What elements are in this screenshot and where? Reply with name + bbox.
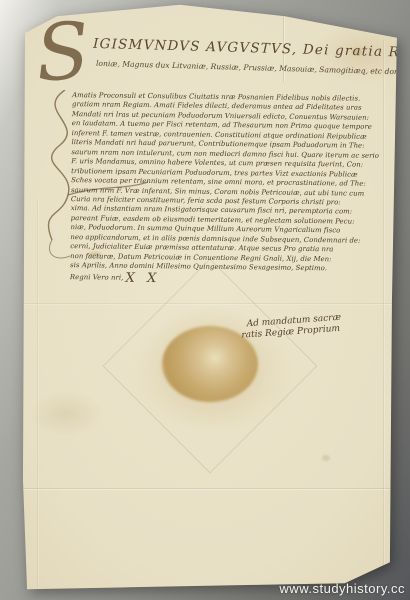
- regnal-year-text: Regni Vero nri,: [70, 273, 124, 282]
- fox-spot: [322, 455, 330, 461]
- photo-backdrop: S IGISMVNDVS AVGVSTVS, Dei gratia Rex Po…: [0, 0, 410, 600]
- body-text-block: Amatis Proconsuli et Consulibus Ciuitati…: [70, 91, 384, 286]
- watermark-text: www.studyhistory.cc: [279, 581, 405, 596]
- fold-crease-horizontal: [12, 488, 397, 489]
- heading-line-2: loniæ, Magnus dux Litvaniæ, Russiæ, Prus…: [96, 59, 396, 76]
- manuscript-paper: S IGISMVNDVS AVGVSTVS, Dei gratia Rex Po…: [0, 0, 410, 600]
- initial-letter-s: S: [33, 12, 92, 94]
- body-line-regnal-year: Regni Vero nri, X X: [70, 271, 382, 286]
- document-shadow: S IGISMVNDVS AVGVSTVS, Dei gratia Rex Po…: [0, 0, 410, 600]
- heading-line-1: IGISMVNDVS AVGVSTVS, Dei gratia Rex Po:: [93, 36, 393, 60]
- regnal-flourish: X X: [126, 273, 161, 283]
